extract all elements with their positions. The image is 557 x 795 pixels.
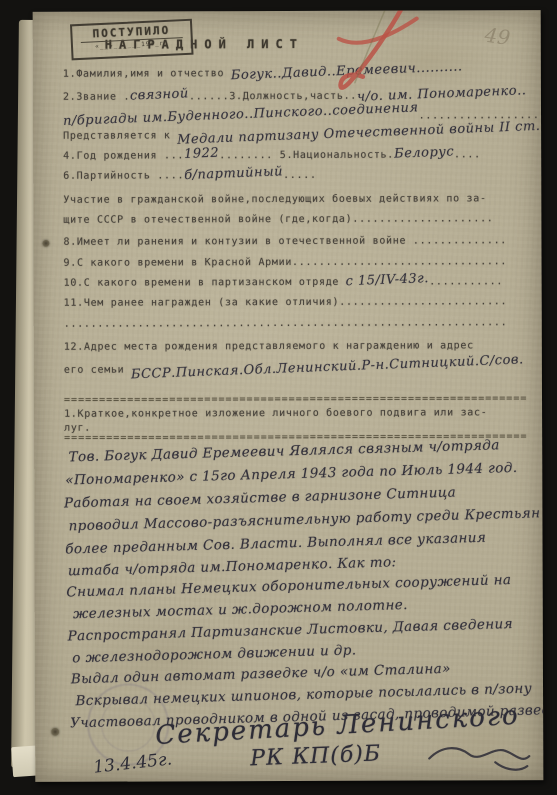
dotted-leader: .... [454,149,481,160]
scan-background: { "header": { "title": "НАГРАДНОЙ ЛИСТ",… [0,0,557,795]
field-red-army-since: 9.С какого времени в Красной Армии......… [63,249,535,270]
field-civil-war-1: Участие в гражданской войне,последующих … [63,186,535,207]
field-rank-label: 2.Звание . [63,92,130,103]
field-civil-war-text2: щите СССР в отечественной войне (где,ког… [63,213,493,226]
field-red-army-label: 9.С какого времени в Красной Армии......… [64,256,508,269]
field-address-label: 12.Адрес места рождения представляемого … [64,340,474,352]
field-address-1: 12.Адрес места рождения представляемого … [64,333,536,354]
pencil-page-number: 49 [483,23,511,50]
field-birth-nationality: 4.Год рождения ...1922........ 5.Национа… [63,142,535,163]
award-sheet-page: ПОСТУПИЛО «__»______194_г. НАГРАДНОЙ ЛИС… [33,10,544,782]
field-recommended-award: Представляется к Медали партизану Отечес… [63,122,535,143]
field-partisan-label: 10.С какого времени в партизанском отряд… [64,277,346,289]
punch-hole [42,240,49,247]
field-civil-war-2: щите СССР в отечественной войне (где,ког… [63,206,535,227]
citation-line: более преданным Сов. Власти. Выполнял вс… [65,530,486,558]
field-rank-value: связной [130,86,189,103]
dotted-leader: ........................................… [64,317,508,330]
field-partisan-value: с 15/IV-43г. [346,271,430,289]
field-party-label: 6.Партийность .... [63,170,184,181]
citation-line: о железнодорожном движении и др. [72,642,357,666]
field-prior-awards: 11.Чем ранее награжден (за какие отличия… [64,289,536,310]
field-birthyear-value: 1922 [184,146,220,162]
citation-line: железных мостах и ж.дорожном полотне. [73,597,408,622]
field-award-label: Представляется к [63,130,177,141]
field-partisan-since: 10.С какого времени в партизанском отряд… [64,269,536,290]
field-address-label2: его семьи [64,365,131,376]
dotted-leader: ........... [429,276,503,287]
punch-hole [51,728,59,736]
field-prior-awards-label: 11.Чем ранее награжден (за какие отличия… [64,296,508,309]
field-civil-war-text: Участие в гражданской войне,последующих … [63,193,486,205]
field-name: 1.Фамилия,имя и отчество Богук..Давид..Е… [63,60,535,81]
field-party: 6.Партийность ....б/партийный..... [63,162,535,183]
signature-flourish [425,736,535,776]
field-rank-unit: 2.Звание .связной......3.Должность,часть… [63,83,535,104]
citation-line: Работая на своем хозяйстве в гарнизоне С… [64,485,457,512]
dotted-leader: ..... [283,170,317,181]
field-wounds: 8.Имеет ли ранения и контузии в отечеств… [63,228,535,249]
field-address-value: БССР.Пинская.Обл.Ленинский.Р-н.Ситницкий… [131,352,524,382]
field-wounds-label: 8.Имеет ли ранения и контузии в отечеств… [63,235,507,248]
dotted-line: ........................................… [64,310,536,331]
signature-title-2: РК КП(б)Б [250,741,382,771]
field-address-2: его семьи БССР.Пинская.Обл.Ленинский.Р-н… [64,356,536,377]
field-nationality-value: Белорус [394,144,455,161]
received-stamp: ПОСТУПИЛО «__»______194_г. [70,19,194,61]
field-party-value: б/партийный [184,164,283,183]
red-pencil-mark [325,10,445,100]
field-nationality-label: ........ 5.Национальность. [219,150,394,162]
field-birthyear-label: 4.Год рождения ... [63,150,184,161]
field-name-label: 1.Фамилия,имя и отчество [63,68,231,80]
